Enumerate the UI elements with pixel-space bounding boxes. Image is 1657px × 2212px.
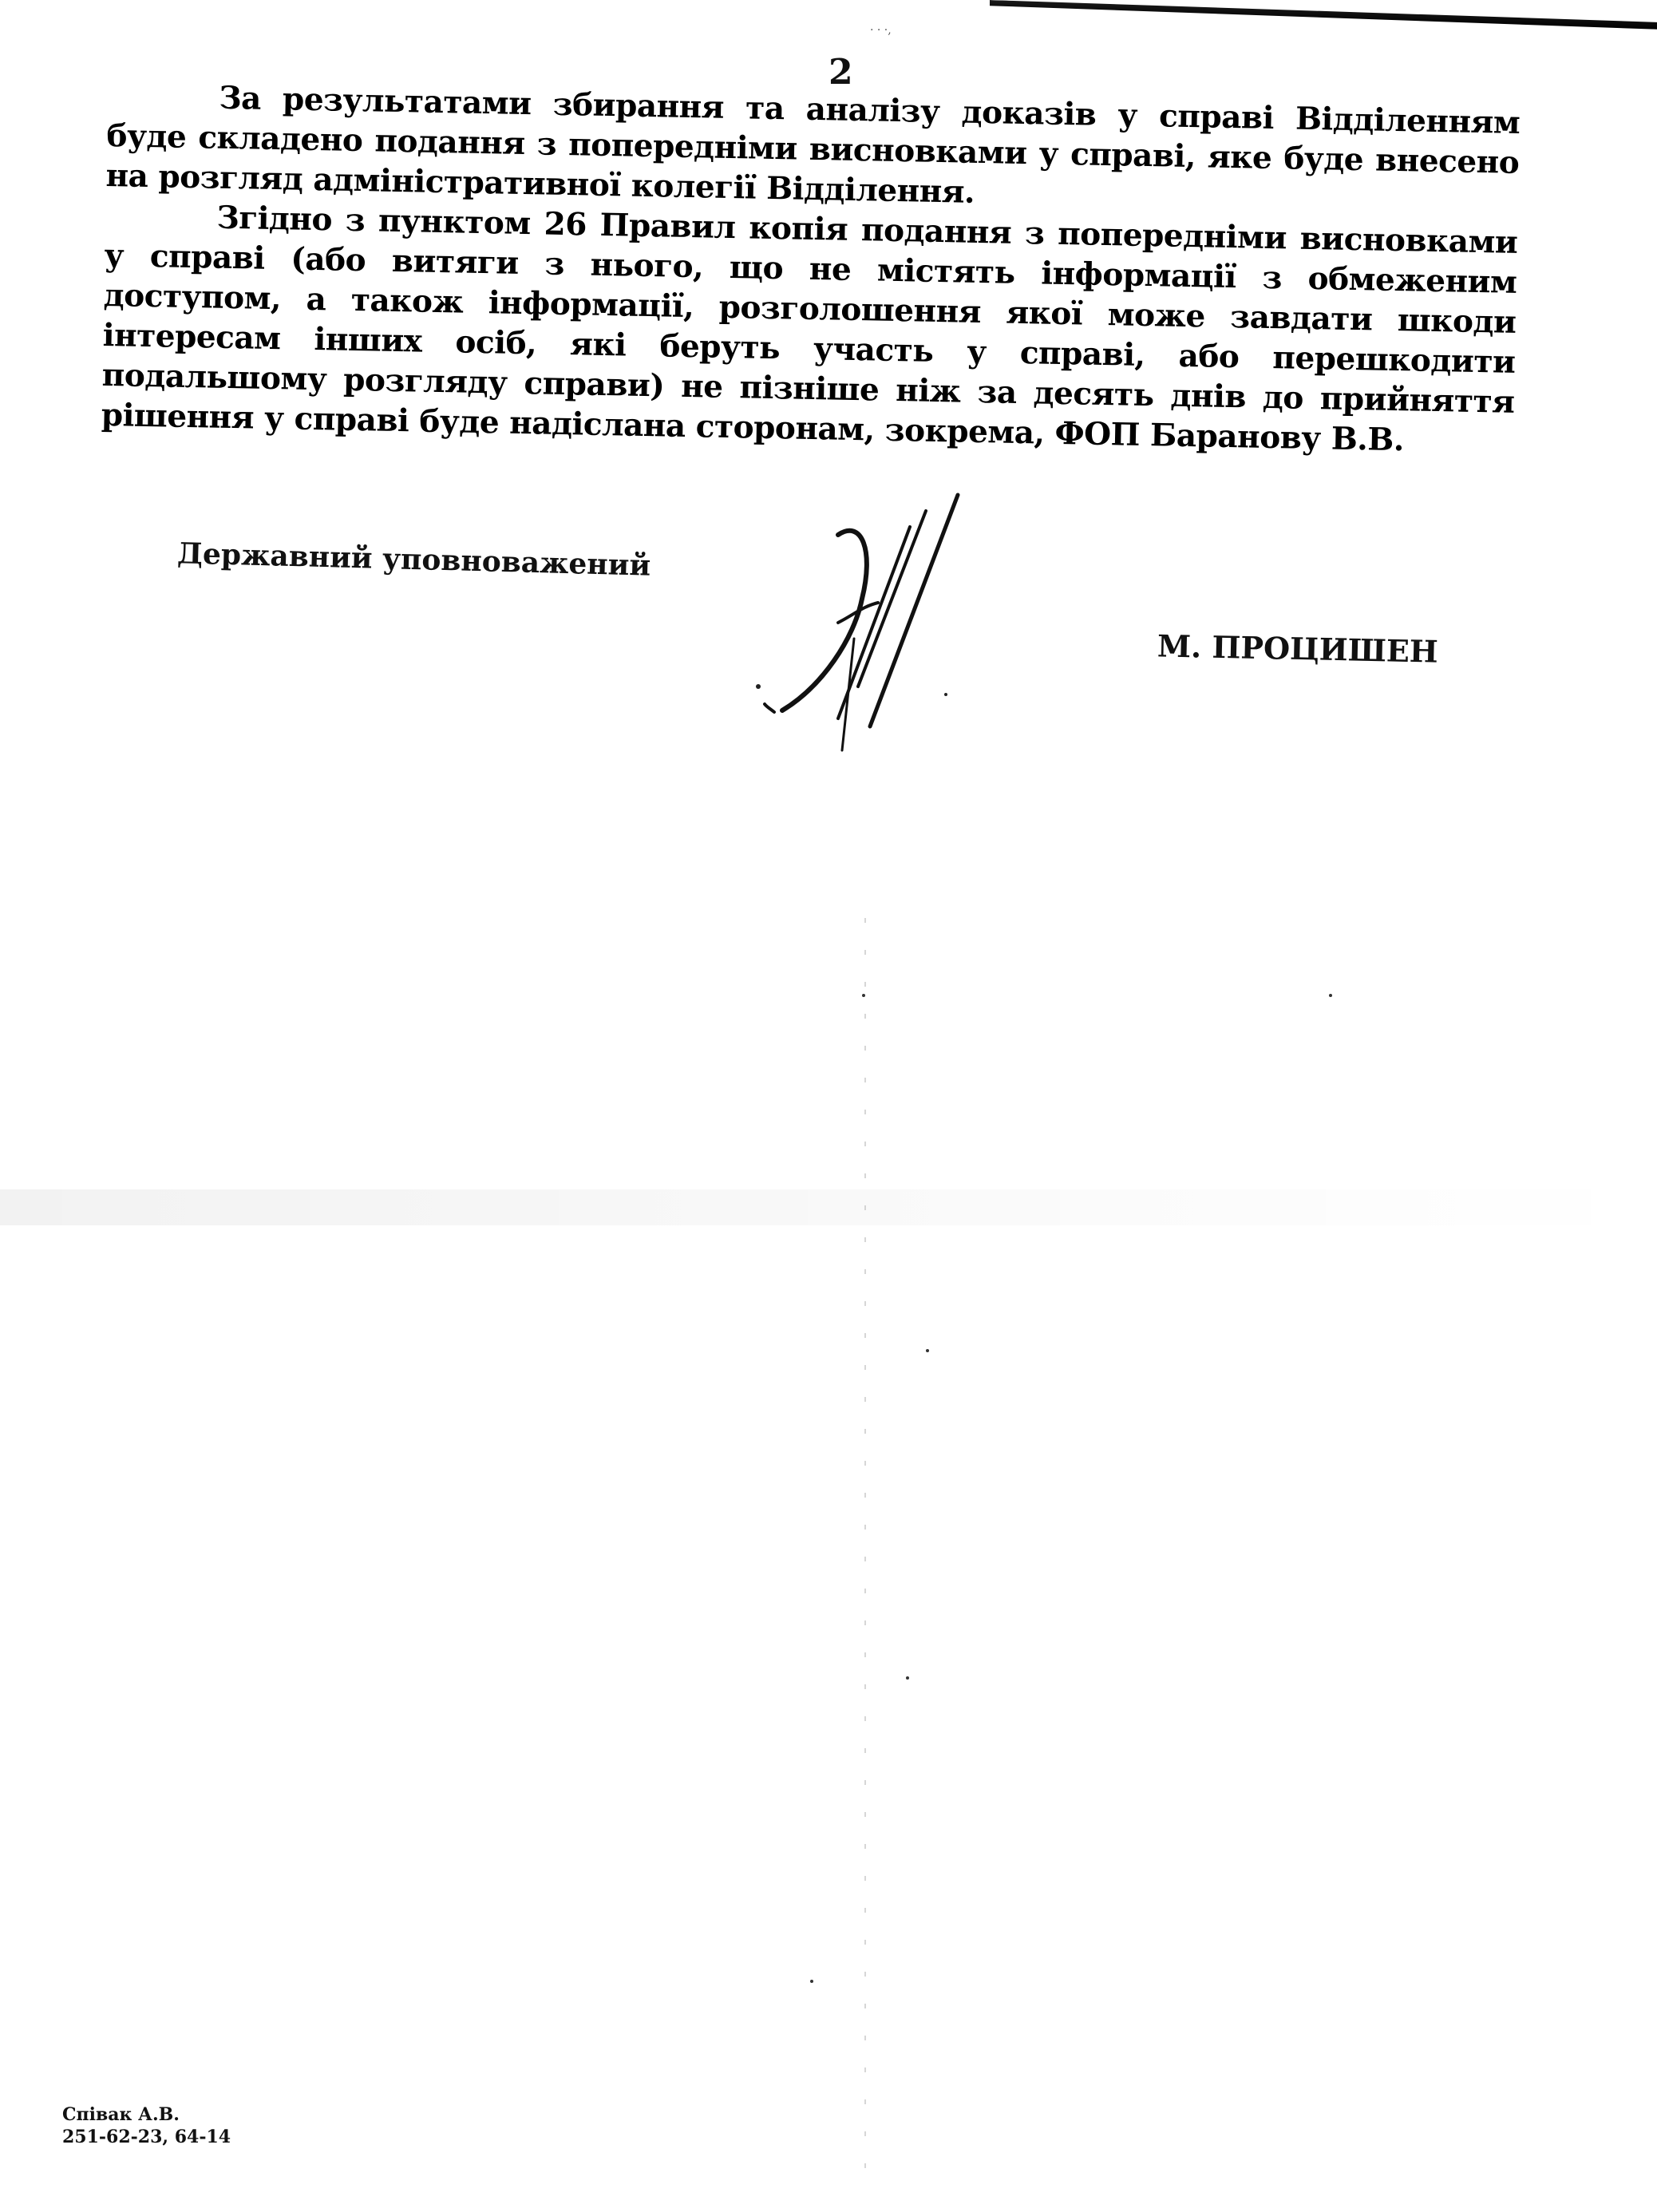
scan-speck bbox=[1329, 994, 1332, 997]
scan-artifact-band bbox=[0, 1189, 1657, 1225]
scan-edge-rule bbox=[990, 0, 1657, 30]
executor-footer: Співак А.В. 251-62-23, 64-14 bbox=[62, 2103, 231, 2148]
paragraph-2: Згідно з пунктом 26 Правил копія подання… bbox=[101, 196, 1517, 462]
signer-position: Державний уповноважений bbox=[177, 536, 651, 583]
document-body: За результатами збирання та аналізу дока… bbox=[101, 76, 1520, 462]
page-number: 2 bbox=[828, 52, 853, 93]
handwritten-signature-icon bbox=[742, 487, 1006, 758]
scan-specks: · · ·, bbox=[870, 24, 892, 37]
scan-speck bbox=[926, 1349, 929, 1352]
scan-speck bbox=[810, 1980, 813, 1983]
scan-speck bbox=[906, 1676, 909, 1680]
executor-name: Співак А.В. bbox=[62, 2103, 231, 2126]
executor-phones: 251-62-23, 64-14 bbox=[62, 2126, 231, 2148]
signer-name: М. ПРОЦИШЕН bbox=[1157, 627, 1439, 669]
scan-fold-line bbox=[864, 918, 866, 2195]
scan-speck bbox=[862, 994, 865, 997]
